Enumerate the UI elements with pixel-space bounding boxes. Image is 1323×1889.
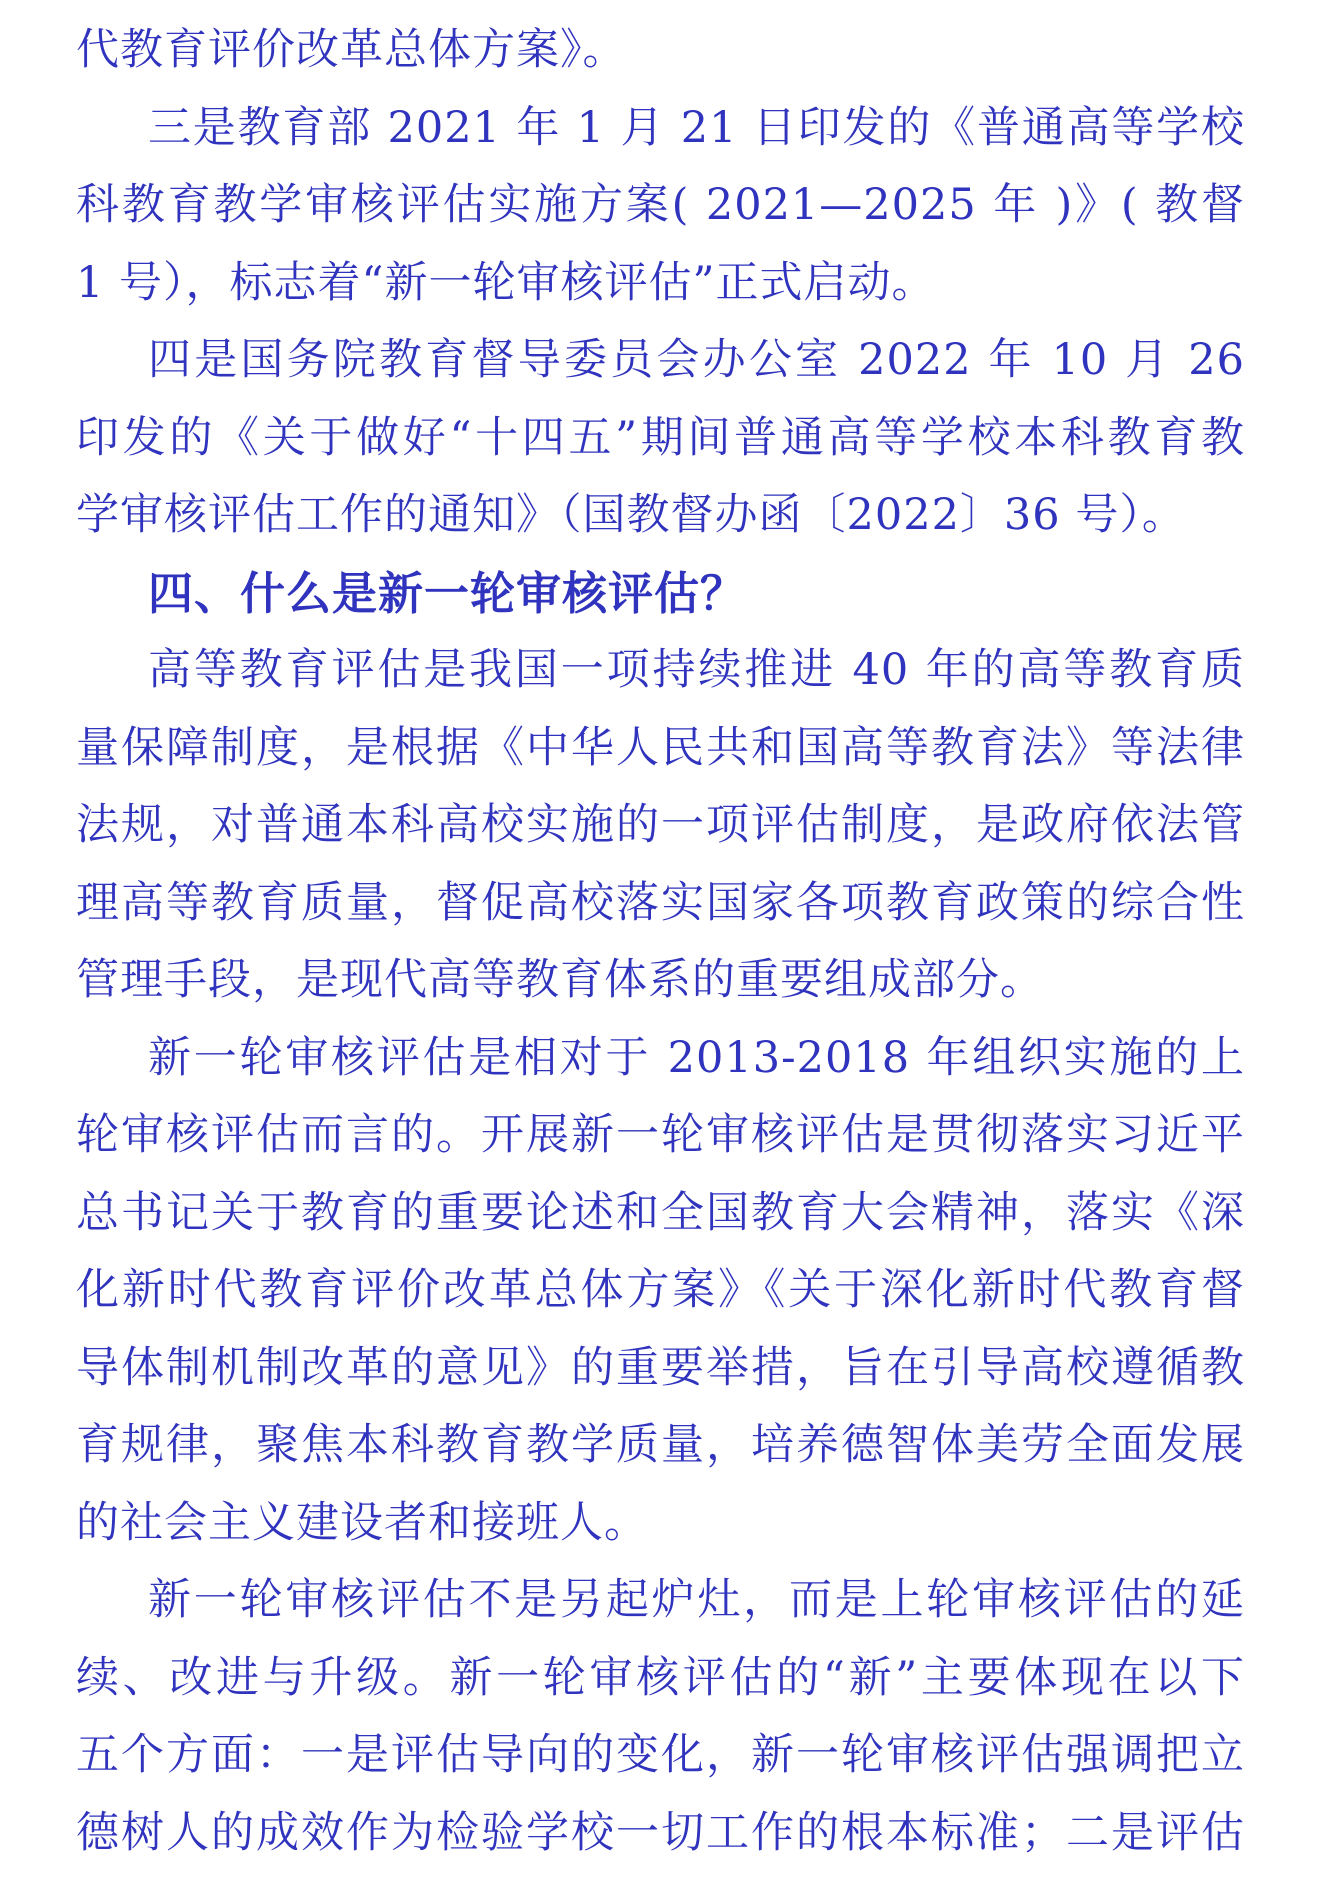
text-line: 量保障制度，是根据《中华人民共和国高等教育法》等法律	[76, 710, 1245, 788]
document-page: 代教育评价改革总体方案》。 三是教育部 2021 年 1 月 21 日印发的《普…	[0, 0, 1323, 1889]
text-line: 代教育评价改革总体方案》。	[76, 12, 1245, 90]
text-line: 法规，对普通本科高校实施的一项评估制度，是政府依法管	[76, 787, 1245, 865]
text-line: 轮审核评估而言的。开展新一轮审核评估是贯彻落实习近平	[76, 1097, 1245, 1175]
text-line: 五个方面：一是评估导向的变化，新一轮审核评估强调把立	[76, 1717, 1245, 1795]
text-line: 科教育教学审核评估实施方案( 2021—2025 年 )》( 教督〔2021〕	[76, 167, 1245, 245]
text-line: 四是国务院教育督导委员会办公室 2022 年 10 月 26 日	[76, 322, 1245, 400]
text-line: 的社会主义建设者和接班人。	[76, 1485, 1245, 1563]
text-line: 续、改进与升级。新一轮审核评估的“新”主要体现在以下	[76, 1640, 1245, 1718]
text-line: 总书记关于教育的重要论述和全国教育大会精神，落实《深	[76, 1175, 1245, 1253]
text-line: 高等教育评估是我国一项持续推进 40 年的高等教育质	[76, 632, 1245, 710]
text-line: 管理手段，是现代高等教育体系的重要组成部分。	[76, 942, 1245, 1020]
text-line: 化新时代教育评价改革总体方案》《关于深化新时代教育督	[76, 1252, 1245, 1330]
text-line: 印发的《关于做好“十四五”期间普通高等学校本科教育教	[76, 400, 1245, 478]
text-line: 导体制机制改革的意见》的重要举措，旨在引导高校遵循教	[76, 1330, 1245, 1408]
text-line: 德树人的成效作为检验学校一切工作的根本标准；二是评估	[76, 1795, 1245, 1873]
text-line: 新一轮审核评估不是另起炉灶，而是上轮审核评估的延	[76, 1562, 1245, 1640]
text-line: 三是教育部 2021 年 1 月 21 日印发的《普通高等学校本	[76, 90, 1245, 168]
text-line: 理高等教育质量，督促高校落实国家各项教育政策的综合性	[76, 865, 1245, 943]
text-line: 新一轮审核评估是相对于 2013-2018 年组织实施的上一	[76, 1020, 1245, 1098]
text-line: 育规律，聚焦本科教育教学质量，培养德智体美劳全面发展	[76, 1407, 1245, 1485]
text-line: 1 号），标志着“新一轮审核评估”正式启动。	[76, 245, 1245, 323]
text-line: 学审核评估工作的通知》（国教督办函〔2022〕36 号）。	[76, 477, 1245, 555]
section-heading: 四、什么是新一轮审核评估？	[76, 555, 1245, 633]
